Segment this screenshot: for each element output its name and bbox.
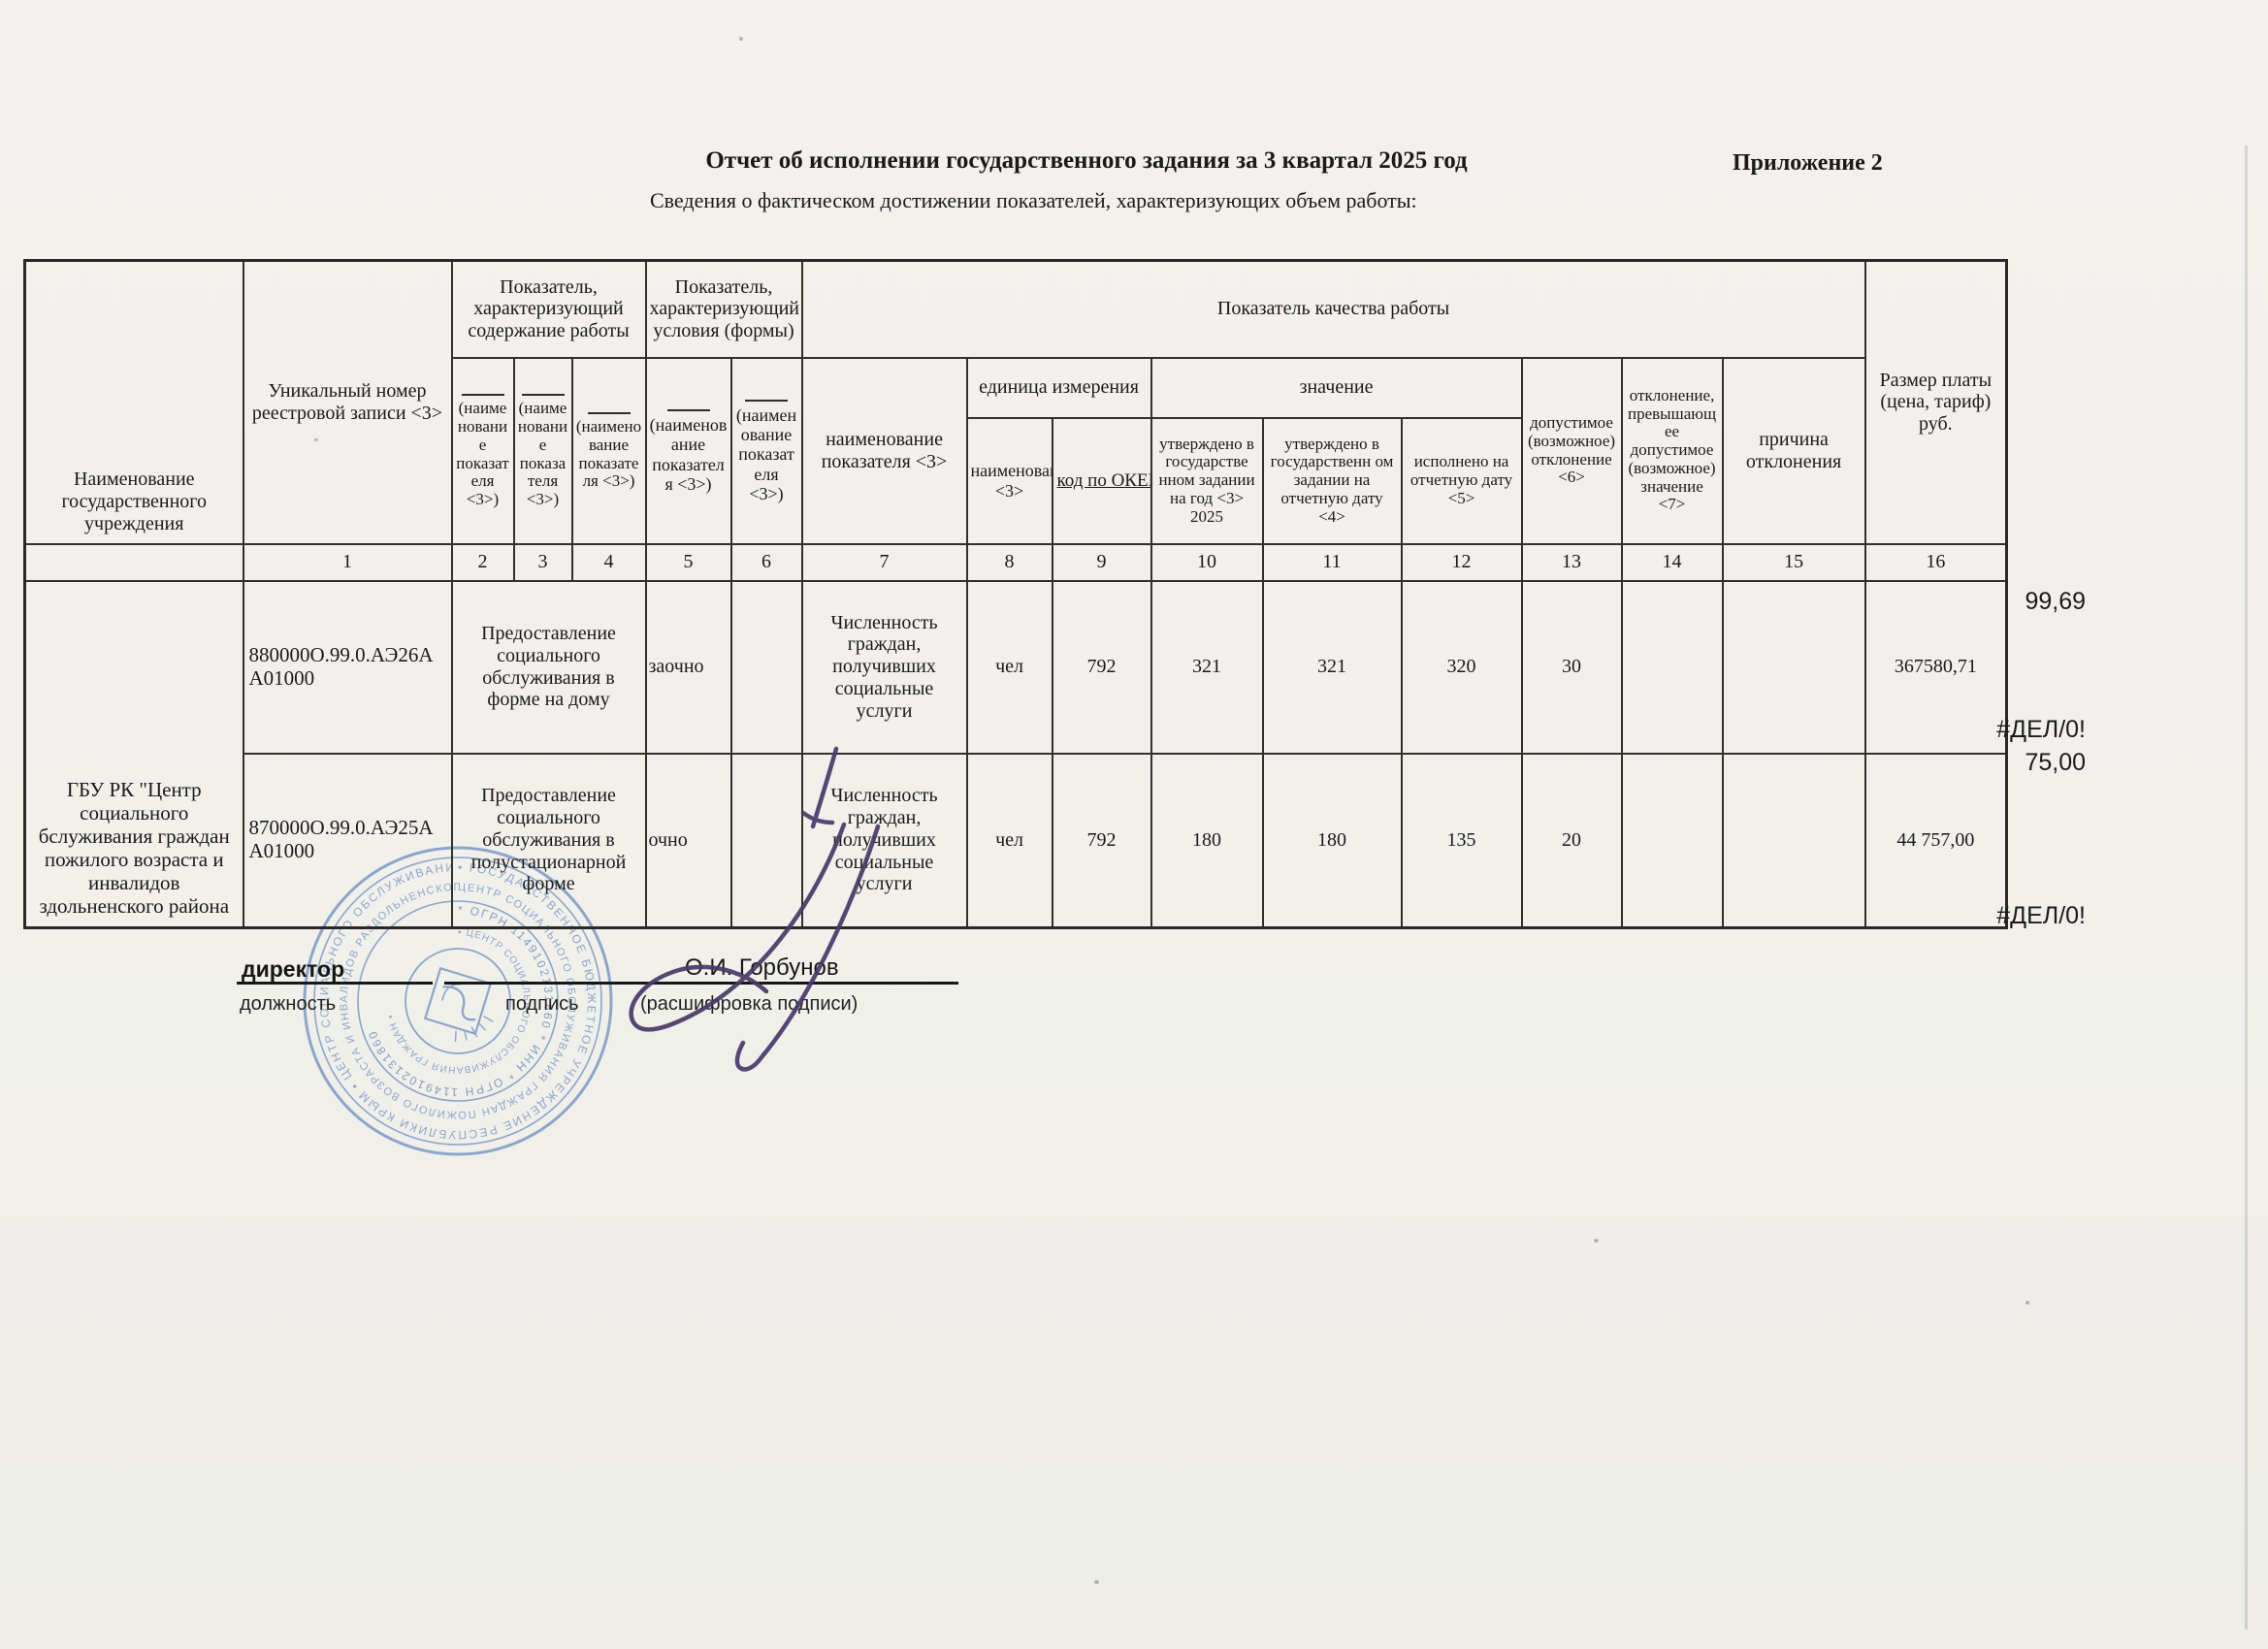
colnum-12: 12 — [1402, 544, 1522, 581]
cell-approved-year-1: 321 — [1151, 581, 1263, 754]
blank-line — [522, 394, 565, 396]
header-exceeding-deviation: отклонение, превышающее допустимое (возм… — [1622, 358, 1723, 544]
cell-code-1: 792 — [1053, 581, 1151, 754]
scanned-report-page: Отчет об исполнении государственного зад… — [0, 0, 2268, 1649]
cell-conditions2-1 — [731, 581, 802, 754]
header-indicator-sub-2: (наименование показателя <3>) — [514, 358, 572, 544]
report-table: Наименование государственного учреждения… — [23, 259, 2008, 929]
scan-speckle — [1594, 1239, 1599, 1243]
page-title: Отчет об исполнении государственного зад… — [601, 147, 1571, 175]
cell-conditions-1: заочно — [646, 581, 731, 754]
indicator-sub-label: (наименование показателя <3>) — [518, 399, 567, 507]
colnum-9: 9 — [1053, 544, 1151, 581]
blank-line — [745, 400, 788, 402]
margin-note-div0-1: #ДЕЛ/0! — [1843, 716, 2086, 744]
header-indicator-sub-4: (наименование показателя <3>) — [646, 358, 731, 544]
column-number-row: 1 2 3 4 5 6 7 8 9 10 11 12 13 14 15 16 — [25, 544, 2007, 581]
cell-allowed-1: 30 — [1522, 581, 1622, 754]
cell-unit-2: чел — [967, 754, 1053, 928]
cell-code-2: 792 — [1053, 754, 1151, 928]
header-unit-name: наименование <3> — [967, 418, 1053, 544]
colnum-2: 2 — [452, 544, 514, 581]
colnum-10: 10 — [1151, 544, 1263, 581]
cell-indicator-1: Численность граждан, получивших социальн… — [802, 581, 967, 754]
header-indicator-sub-3: (наименование показателя <3>) — [572, 358, 646, 544]
margin-note-percent-2: 75,00 — [1843, 749, 2086, 777]
cell-registry-1: 880000О.99.0.АЭ26АА01000 — [243, 581, 452, 754]
colnum-6: 6 — [731, 544, 802, 581]
page-subtitle: Сведения о фактическом достижении показа… — [650, 188, 1523, 213]
appendix-label: Приложение 2 — [1733, 150, 1946, 177]
scan-edge-line — [2245, 145, 2248, 1630]
colnum-1: 1 — [243, 544, 452, 581]
colnum-11: 11 — [1263, 544, 1402, 581]
header-approved-date: утверждено в государственн ом задании на… — [1263, 418, 1402, 544]
indicator-sub-label: (наименование показателя <3>) — [456, 399, 508, 507]
cell-registry-2: 870000О.99.0.АЭ25АА01000 — [243, 754, 452, 928]
colnum-5: 5 — [646, 544, 731, 581]
cell-content-1: Предоставление социального обслуживания … — [452, 581, 646, 754]
colnum-13: 13 — [1522, 544, 1622, 581]
margin-note-percent-1: 99,69 — [1843, 588, 2086, 616]
header-registry-number: Уникальный номер реестровой записи <3> — [243, 261, 452, 544]
margin-note-div0-2: #ДЕЛ/0! — [1843, 902, 2086, 930]
handwritten-signature — [524, 737, 912, 1086]
header-unit-group: единица измерения — [967, 358, 1151, 418]
colnum-4: 4 — [572, 544, 646, 581]
blank-line — [667, 409, 710, 411]
table-row: ГБУ РК "Центр социального бслуживания гр… — [25, 581, 2007, 754]
header-approved-year: утверждено в государстве нном задании на… — [1151, 418, 1263, 544]
indicator-sub-label: (наименование показателя <3>) — [576, 417, 641, 490]
table-row: 870000О.99.0.АЭ25АА01000 Предоставление … — [25, 754, 2007, 928]
header-indicator-name: наименование показателя <3> — [802, 358, 967, 544]
colnum-15: 15 — [1723, 544, 1865, 581]
cell-approved-year-2: 180 — [1151, 754, 1263, 928]
cell-executed-1: 320 — [1402, 581, 1522, 754]
cell-approved-date-1: 321 — [1263, 581, 1402, 754]
header-institution: Наименование государственного учреждения — [25, 261, 243, 544]
header-quality-group: Показатель качества работы — [802, 261, 1865, 358]
header-indicator-sub-5: (наименование показателя <3>) — [731, 358, 802, 544]
header-conditions-group: Показатель, характеризующий условия (фор… — [646, 261, 802, 358]
blank-line — [462, 394, 504, 396]
colnum-empty — [25, 544, 243, 581]
scan-speckle — [2025, 1301, 2029, 1305]
scan-speckle — [1094, 1580, 1099, 1584]
blank-line — [588, 412, 631, 414]
header-deviation-reason: причина отклонения — [1723, 358, 1865, 544]
header-payment: Размер платы (цена, тариф) руб. — [1865, 261, 2007, 544]
header-content-group: Показатель, характеризующий содержание р… — [452, 261, 646, 358]
cell-exceed-2 — [1622, 754, 1723, 928]
cell-institution-name: ГБУ РК "Центр социального бслуживания гр… — [25, 581, 243, 928]
cell-unit-1: чел — [967, 581, 1053, 754]
signature-position: директор — [242, 956, 344, 983]
scan-speckle — [739, 37, 743, 41]
indicator-sub-label: (наименование показателя <3>) — [650, 415, 728, 493]
header-allowed-deviation: допустимое (возможное) отклонение <6> — [1522, 358, 1622, 544]
header-unit-code: код по ОКЕИ — [1053, 418, 1151, 544]
colnum-8: 8 — [967, 544, 1053, 581]
cell-executed-2: 135 — [1402, 754, 1522, 928]
header-executed: исполнено на отчетную дату <5> — [1402, 418, 1522, 544]
indicator-sub-label: (наименование показателя <3>) — [736, 405, 796, 503]
header-indicator-sub-1: (наименование показателя <3>) — [452, 358, 514, 544]
cell-approved-date-2: 180 — [1263, 754, 1402, 928]
header-value-group: значение — [1151, 358, 1522, 418]
colnum-14: 14 — [1622, 544, 1723, 581]
signature-underline-position — [237, 982, 433, 985]
cell-allowed-2: 20 — [1522, 754, 1622, 928]
colnum-16: 16 — [1865, 544, 2007, 581]
label-position: должность — [240, 993, 336, 1016]
colnum-7: 7 — [802, 544, 967, 581]
cell-exceed-1 — [1622, 581, 1723, 754]
colnum-3: 3 — [514, 544, 572, 581]
